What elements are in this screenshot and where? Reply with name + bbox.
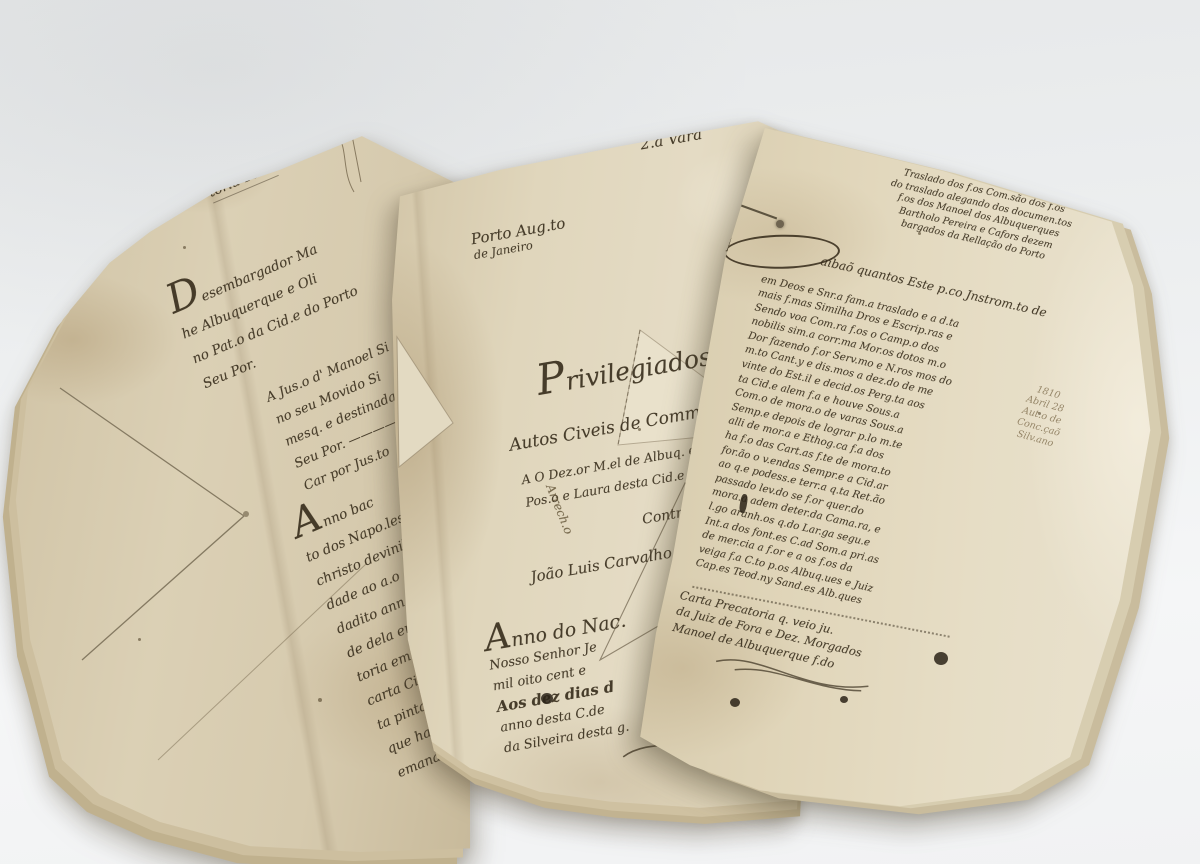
handwriting-area: Traslado dos f.os Com.são dos f.osdo tra… — [604, 112, 1118, 739]
ink-speck — [318, 698, 322, 702]
top-note-block: Traslado dos f.os Com.são dos f.osdo tra… — [857, 159, 1100, 273]
ink-blot — [730, 698, 740, 707]
body-text-block: em Deos e Snr.a fam.a traslado e a d.tam… — [694, 272, 1084, 645]
ink-speck — [183, 246, 186, 249]
handwriting-line: toria 1813 — [206, 158, 279, 203]
binding-thread — [60, 388, 244, 660]
ink-blot — [934, 652, 948, 665]
paper-face: Traslado dos f.os Com.são dos f.osdo tra… — [618, 112, 1160, 807]
ink-speck — [918, 232, 921, 235]
ink-speck — [1038, 412, 1041, 415]
photograph-of-three-manuscripts: Autos de Carta Citatoria 1813 Desembarga… — [0, 0, 1200, 864]
document-right-carta-precatoria: Traslado dos f.os Com.são dos f.osdo tra… — [618, 112, 1160, 807]
ink-blot — [541, 693, 553, 704]
folded-corner-flap — [397, 337, 453, 467]
ink-speck — [138, 638, 141, 641]
thread-knot — [243, 511, 249, 517]
ink-blot — [840, 696, 848, 703]
